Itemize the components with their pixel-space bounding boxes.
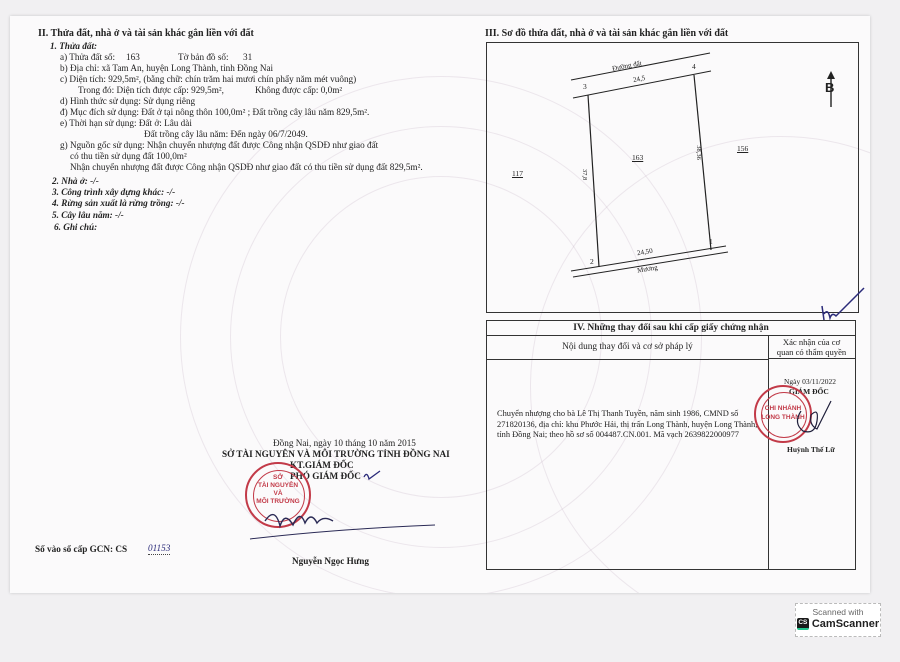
camscanner-badge: Scanned with CS CamScanner [795,603,881,637]
origin-line-2: có thu tiền sử dụng đất 100,0m² [70,151,187,162]
parcel-number-label: 163 [632,153,643,162]
edge-right-length: 38,36 [695,145,702,160]
edge-left-length: 37,8 [581,169,588,180]
north-arrow-icon: B [825,80,834,95]
certificate-page: II. Thửa đất, nhà ở và tài sản khác gắn … [10,16,870,593]
house-item: 2. Nhà ở: -/- [52,176,99,187]
camscanner-logo-icon: CS [797,618,809,630]
usage-term: e) Thời hạn sử dụng: Đất ở: Lâu dài [60,118,192,129]
notes-item: 6. Ghi chú: [54,222,97,233]
vertex-1: 1 [709,237,713,246]
confirm-date: Ngày 03/11/2022 [784,377,836,386]
change-entry: Chuyển nhượng cho bà Lê Thị Thanh Tuyền,… [497,409,762,441]
confirm-signer: Huỳnh Thế Lữ [787,445,835,454]
confirm-signature [787,391,837,441]
vertex-4: 4 [692,62,696,71]
vertex-3: 3 [583,82,587,91]
section-iv-title: IV. Những thay đổi sau khi cấp giấy chứn… [487,321,855,336]
signer-name: Nguyễn Ngọc Hưng [292,556,369,567]
parcel-number-label: a) Thửa đất số: [60,52,115,63]
issuing-authority: SỞ TÀI NGUYÊN VÀ MÔI TRƯỜNG TỈNH ĐỒNG NA… [222,449,450,460]
other-construction-item: 3. Công trình xây dựng khác: -/- [52,187,175,198]
address: b) Địa chỉ: xã Tam An, huyện Long Thành,… [60,63,273,74]
usage-form: d) Hình thức sử dụng: Sử dụng riêng [60,96,195,107]
section-iii-title: III. Sơ đồ thửa đất, nhà ở và tài sản kh… [485,28,728,39]
neighbor-parcel-156: 156 [737,144,748,153]
area-granted: Trong đó: Diện tích được cấp: 929,5m², [78,85,224,96]
registry-number: 01153 [148,543,170,555]
signature-scribble [245,501,445,541]
vertex-2: 2 [590,257,594,266]
parcel-drawing [487,43,858,312]
production-forest-item: 4. Rừng sản xuất là rừng trồng: -/- [52,198,185,209]
usage-term-perennial: Đất trồng cây lâu năm: Đến ngày 06/7/204… [144,129,308,140]
parcel-heading: 1. Thửa đất: [50,41,97,52]
perennial-trees-item: 5. Cây lâu năm: -/- [52,210,124,221]
section-ii-title: II. Thửa đất, nhà ở và tài sản khác gắn … [38,28,254,39]
parcel-diagram: Đường đất 24,5 3 4 1 2 163 117 156 37,8 … [486,42,859,313]
neighbor-parcel-117: 117 [512,169,523,178]
origin-line-1: g) Nguồn gốc sử dụng: Nhận chuyển nhượng… [60,140,378,151]
column-header-confirm: Xác nhận của cơ quan có thẩm quyền [768,335,855,359]
map-sheet-label: Tờ bản đồ số: [178,52,229,63]
camscanner-brand: CamScanner [812,618,879,630]
area-not-granted: Không được cấp: 0,0m² [255,85,342,96]
registry-label: Số vào sổ cấp GCN: CS [35,544,127,555]
usage-purpose: đ) Mục đích sử dụng: Đất ở tại nông thôn… [60,107,369,118]
map-sheet: 31 [243,52,252,63]
changes-table: IV. Những thay đổi sau khi cấp giấy chứn… [486,320,856,570]
initial-mark [362,469,382,483]
land-info-section: II. Thửa đất, nhà ở và tài sản khác gắn … [10,16,480,593]
column-header-content: Nội dung thay đổi và cơ sở pháp lý [487,335,769,360]
place-date: Đồng Nai, ngày 10 tháng 10 năm 2015 [273,438,416,449]
origin-line-3: Nhận chuyển nhượng đất được Công nhận QS… [70,162,423,173]
parcel-number: 163 [126,52,140,63]
area: c) Diện tích: 929,5m², (bằng chữ: chín t… [60,74,356,85]
